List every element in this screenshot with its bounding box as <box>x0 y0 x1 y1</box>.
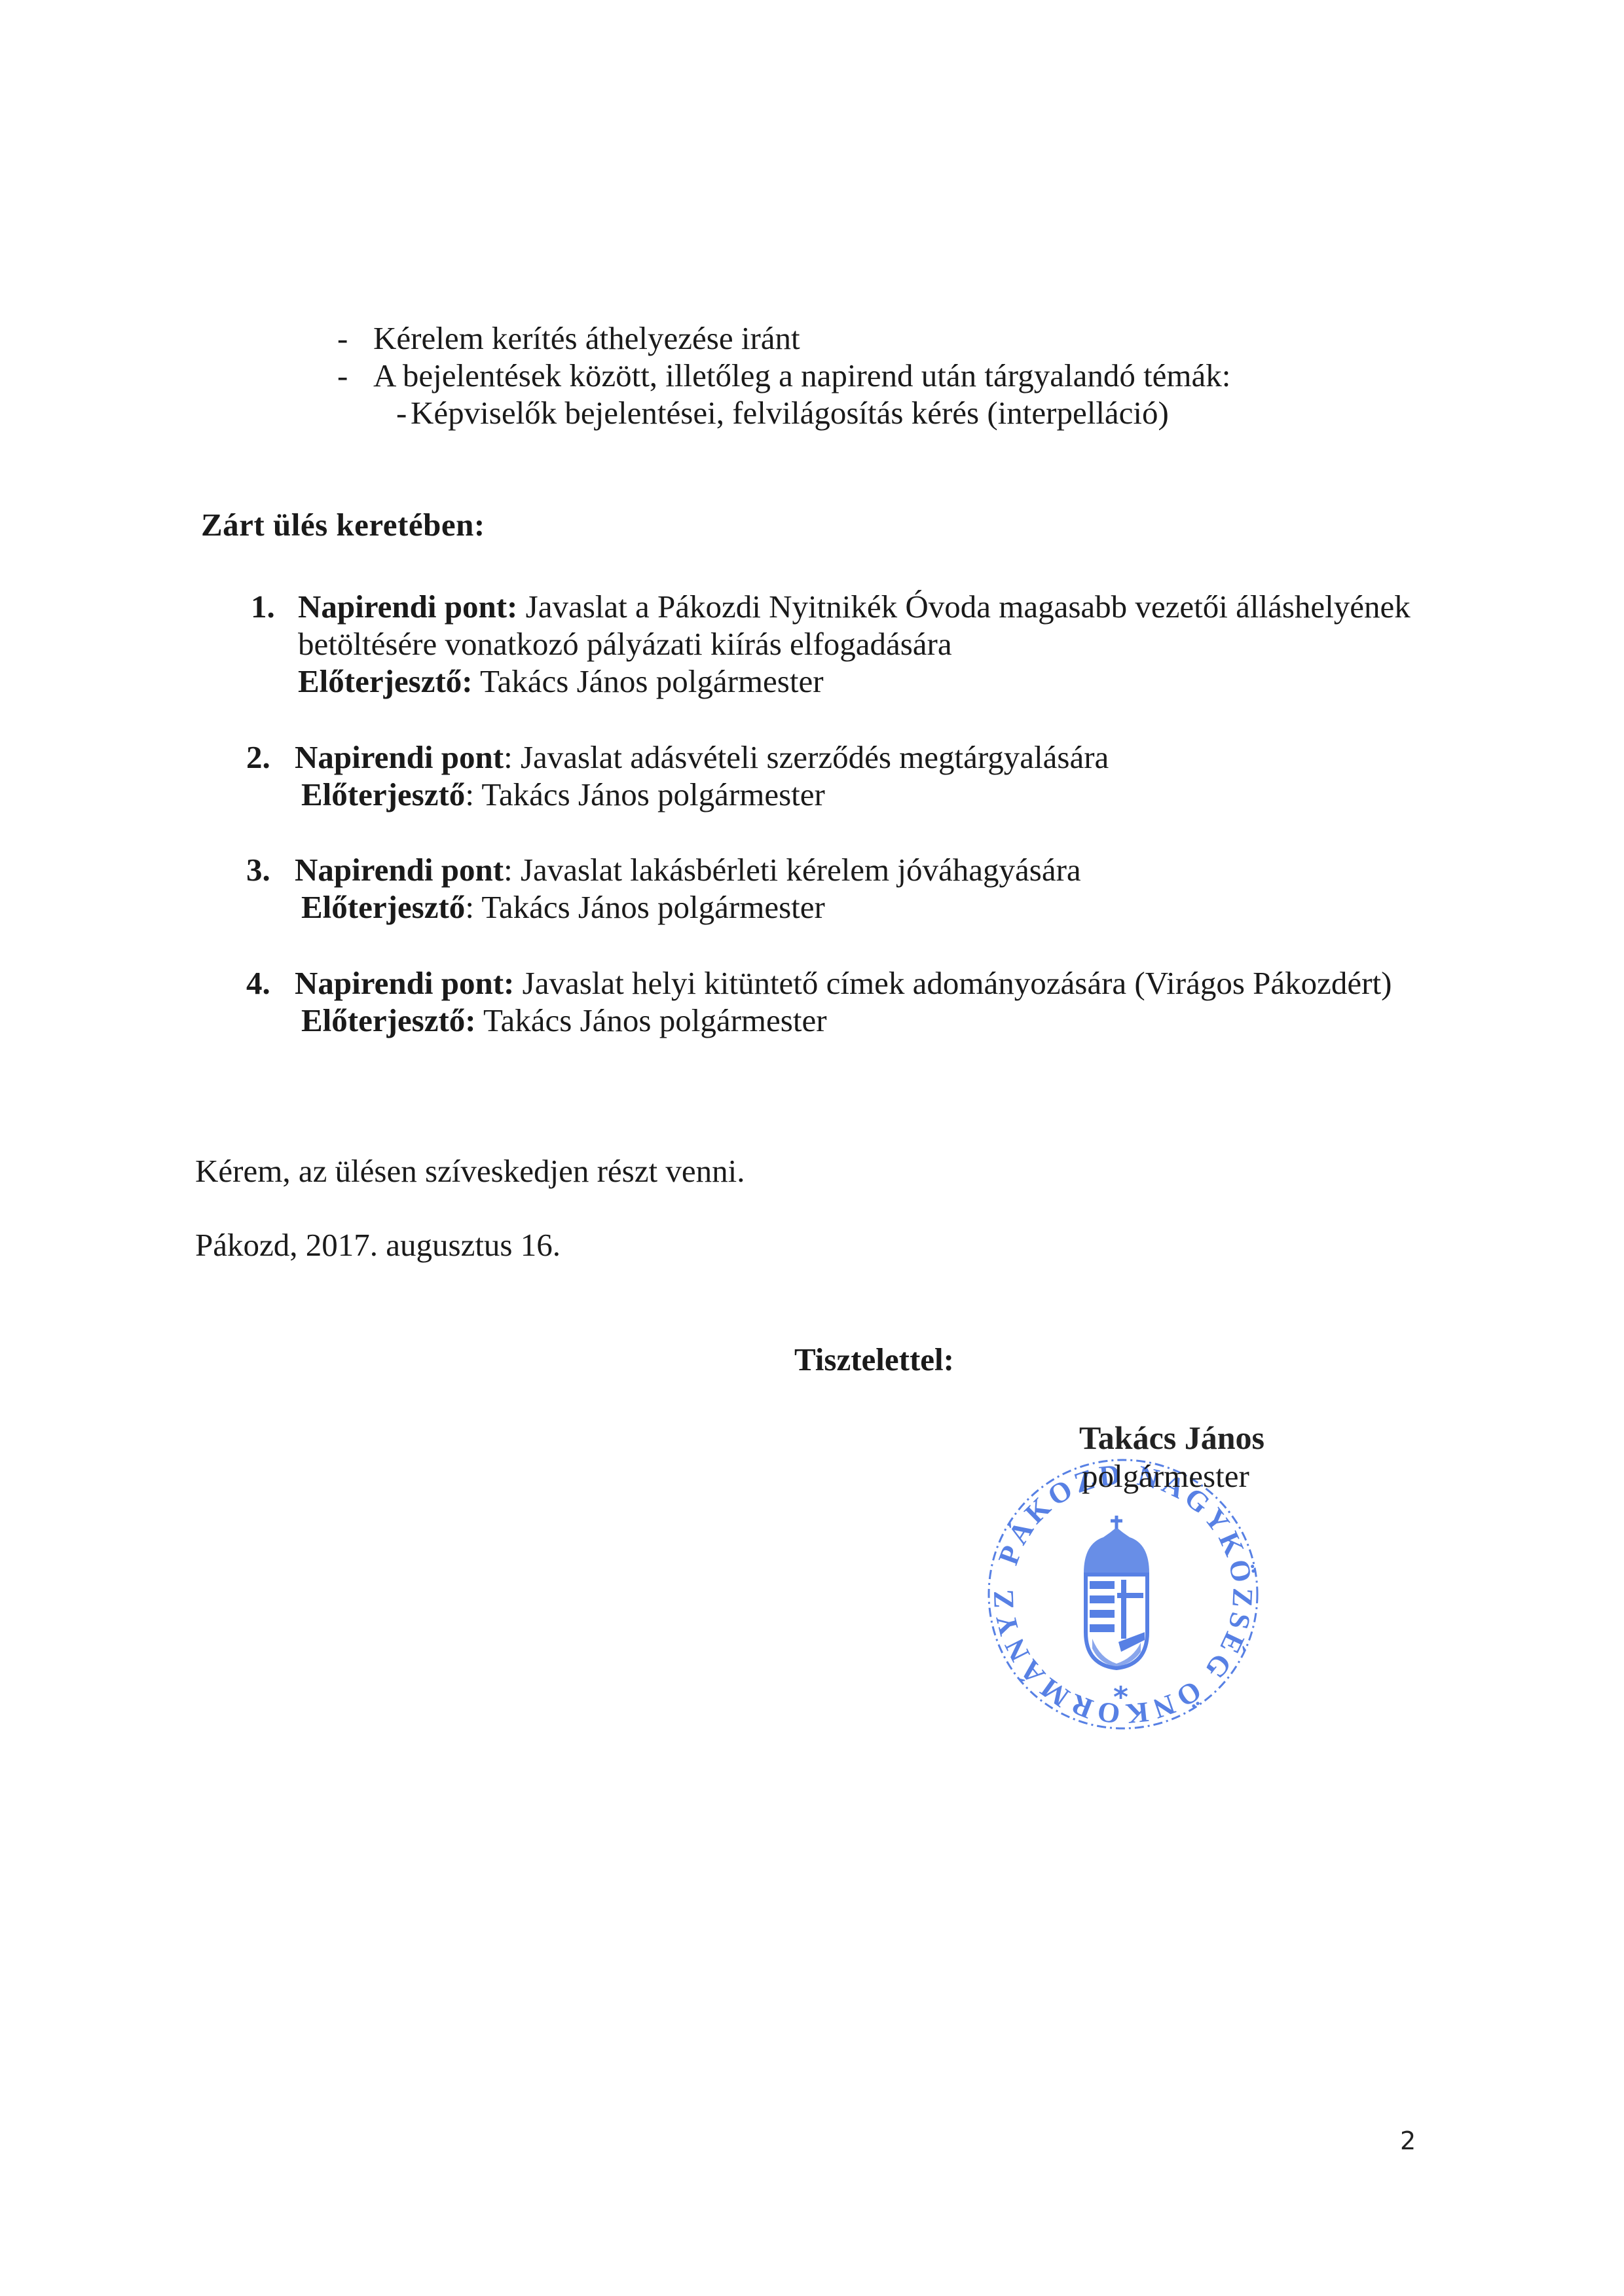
presenter-line: Előterjesztő: Takács János polgármester <box>301 888 825 926</box>
presenter-name: Takács János polgármester <box>483 1002 827 1038</box>
agenda-text: Javaslat a Pákozdi Nyitnikék Óvoda magas… <box>526 589 1411 625</box>
agenda-title-line: Napirendi pont: Javaslat adásvételi szer… <box>295 738 1109 776</box>
salutation: Tisztelettel: <box>794 1341 954 1378</box>
agenda-label-colon: : <box>504 739 513 775</box>
dash-marker: - <box>337 319 348 357</box>
presenter-label-colon: : <box>465 889 474 925</box>
presenter-label: Előterjesztő: <box>298 663 473 699</box>
dash-marker: - <box>337 357 348 394</box>
closing-request: Kérem, az ülésen szíveskedjen részt venn… <box>195 1152 745 1190</box>
agenda-label: Napirendi pont: <box>295 965 514 1001</box>
dash-marker: - <box>396 394 407 431</box>
agenda-text: Javaslat adásvételi szerződés megtárgyal… <box>521 739 1109 775</box>
agenda-text: betöltésére vonatkozó pályázati kiírás e… <box>298 626 952 662</box>
presenter-label: Előterjesztő <box>301 889 465 925</box>
agenda-title-line: Napirendi pont: Javaslat lakásbérleti ké… <box>295 851 1081 888</box>
agenda-number: 4. <box>246 964 270 1002</box>
list-item-text: Kérelem kerítés áthelyezése iránt <box>373 319 800 357</box>
signatory-title: polgármester <box>1082 1457 1249 1495</box>
agenda-title-line: Napirendi pont: Javaslat a Pákozdi Nyitn… <box>298 588 1411 625</box>
agenda-label: Napirendi pont <box>295 739 504 775</box>
agenda-label: Napirendi pont <box>295 852 504 888</box>
place-date: Pákozd, 2017. augusztus 16. <box>195 1226 561 1264</box>
agenda-label-colon: : <box>504 852 513 888</box>
list-item-text: Képviselők bejelentései, felvilágosítás … <box>411 394 1169 431</box>
presenter-label: Előterjesztő <box>301 776 465 812</box>
presenter-name: Takács János polgármester <box>481 776 825 812</box>
list-item-text: A bejelentések között, illetőleg a napir… <box>373 357 1230 394</box>
agenda-title-line: Napirendi pont: Javaslat helyi kitüntető… <box>295 964 1392 1002</box>
presenter-line: Előterjesztő: Takács János polgármester <box>301 776 825 813</box>
agenda-title-line: betöltésére vonatkozó pályázati kiírás e… <box>298 625 952 663</box>
presenter-line: Előterjesztő: Takács János polgármester <box>301 1002 827 1039</box>
agenda-text: Javaslat helyi kitüntető címek adományoz… <box>523 965 1392 1001</box>
agenda-number: 2. <box>246 738 270 776</box>
presenter-label: Előterjesztő: <box>301 1002 476 1038</box>
presenter-line: Előterjesztő: Takács János polgármester <box>298 663 824 700</box>
document-page: - Kérelem kerítés áthelyezése iránt - A … <box>0 0 1624 2296</box>
page-number: 2 <box>1400 2123 1416 2160</box>
presenter-name: Takács János polgármester <box>481 889 825 925</box>
agenda-number: 3. <box>246 851 270 888</box>
agenda-text: Javaslat lakásbérleti kérelem jóváhagyás… <box>521 852 1081 888</box>
signatory-name: Takács János <box>1079 1419 1264 1457</box>
agenda-number: 1. <box>251 588 275 625</box>
coat-of-arms-icon <box>1084 1516 1149 1668</box>
presenter-name: Takács János polgármester <box>480 663 824 699</box>
agenda-label: Napirendi pont: <box>298 589 517 625</box>
presenter-label-colon: : <box>465 776 474 812</box>
svg-text:*: * <box>1113 1681 1128 1714</box>
section-heading: Zárt ülés keretében: <box>201 506 485 543</box>
